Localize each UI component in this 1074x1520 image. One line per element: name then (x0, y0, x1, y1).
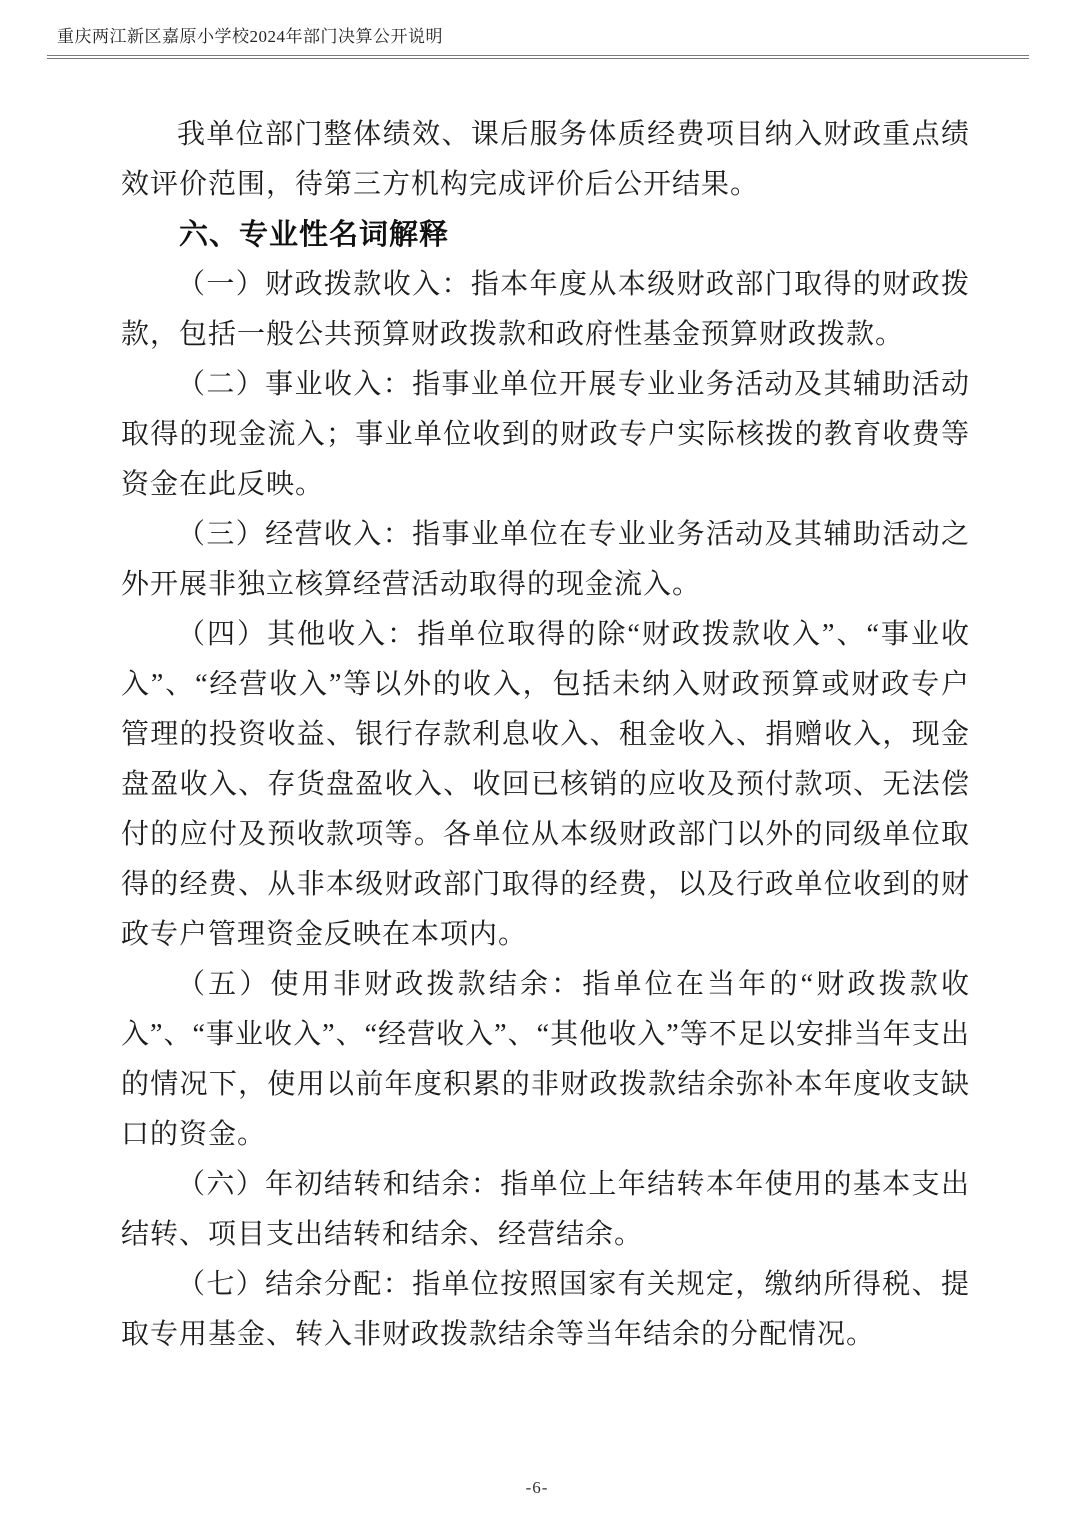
definition-paragraph-2: （二）事业收入：指事业单位开展专业业务活动及其辅助活动取得的现金流入；事业单位收… (121, 360, 970, 510)
intro-paragraph: 我单位部门整体绩效、课后服务体质经费项目纳入财政重点绩效评价范围，待第三方机构完… (121, 110, 970, 210)
document-page: 重庆两江新区嘉原小学校2024年部门决算公开说明 我单位部门整体绩效、课后服务体… (0, 0, 1074, 1520)
definition-paragraph-4: （四）其他收入：指单位取得的除“财政拨款收入”、“事业收入”、“经营收入”等以外… (121, 610, 970, 960)
definition-paragraph-7: （七）结余分配：指单位按照国家有关规定，缴纳所得税、提取专用基金、转入非财政拨款… (121, 1260, 970, 1360)
definition-paragraph-1: （一）财政拨款收入：指本年度从本级财政部门取得的财政拨款，包括一般公共预算财政拨… (121, 260, 970, 360)
page-number: -6- (526, 1478, 549, 1497)
page-header: 重庆两江新区嘉原小学校2024年部门决算公开说明 (47, 26, 1029, 59)
definition-paragraph-3: （三）经营收入：指事业单位在专业业务活动及其辅助活动之外开展非独立核算经营活动取… (121, 510, 970, 610)
header-title: 重庆两江新区嘉原小学校2024年部门决算公开说明 (47, 26, 1029, 48)
definition-paragraph-5: （五）使用非财政拨款结余：指单位在当年的“财政拨款收入”、“事业收入”、“经营收… (121, 960, 970, 1160)
section-heading: 六、专业性名词解释 (121, 210, 970, 260)
definition-paragraph-6: （六）年初结转和结余：指单位上年结转本年使用的基本支出结转、项目支出结转和结余、… (121, 1160, 970, 1260)
header-rule (47, 55, 1029, 59)
document-body: 我单位部门整体绩效、课后服务体质经费项目纳入财政重点绩效评价范围，待第三方机构完… (121, 110, 970, 1360)
page-footer: -6- (0, 1478, 1074, 1498)
